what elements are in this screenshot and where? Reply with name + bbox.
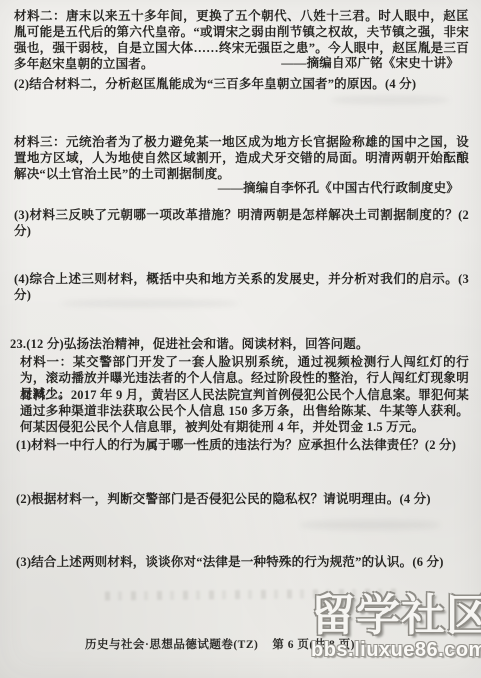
exam-page: 材料二：唐末以来五十多年间，更换了五个朝代、八姓十三君。时人眼中，赵匡胤可能是五…	[0, 0, 481, 678]
footer-title: 历史与社会·思想品德试题卷(TZ)	[85, 639, 258, 651]
q22-material3-text: 材料三：元统治者为了极力避免某一地区成为地方长官据险称雄的国中之国，设置地方区域…	[14, 134, 469, 182]
scan-smudge	[330, 96, 450, 104]
q23-header: 23.(12 分)弘扬法治精神，促进社会和谐。阅读材料，回答问题。	[10, 336, 469, 352]
q22-question4: (4)综合上述三则材料，概括中央和地方关系的发展史，并分析对我们的启示。(3 分…	[14, 271, 469, 303]
q22-question3: (3)材料三反映了元朝哪一项改革措施？明清两朝是怎样解决土司割据制度的？(2 分…	[14, 207, 469, 239]
page-footer: 历史与社会·思想品德试题卷(TZ)第 6 页(共 8 页)	[60, 636, 380, 652]
scan-smudge	[300, 520, 440, 530]
q22-question2: (2)结合材料二，分析赵匡胤能成为“三百多年皇朝立国者”的原因。(4 分)	[14, 76, 469, 92]
q22-material3-source: ——摘编自李怀孔《中国古代行政制度史》	[14, 180, 459, 196]
page-bleed-through-marks	[105, 588, 400, 600]
q23-question3: (3)结合上述两则材料，谈谈你对“法律是一种特殊的行为规范”的认识。(6 分)	[16, 554, 471, 570]
q22-material2-source: ——摘编自邓广铭《宋史十讲》	[14, 55, 459, 71]
q23-question1: (1)材料一中行人的行为属于哪一性质的违法行为？应承担什么法律责任？(2 分)	[16, 437, 471, 453]
scan-smudge	[60, 300, 240, 307]
q23-question2: (2)根据材料一，判断交警部门是否侵犯公民的隐私权？请说明理由。(4 分)	[16, 491, 471, 507]
watermark-site-name: 留学社区	[311, 594, 481, 638]
q23-material2-text: 材料二：2017 年 9 月，黄岩区人民法院宣判首例侵犯公民个人信息案。罪犯何某…	[20, 387, 469, 435]
footer-page-number: 第 6 页(共 8 页)	[272, 639, 355, 651]
